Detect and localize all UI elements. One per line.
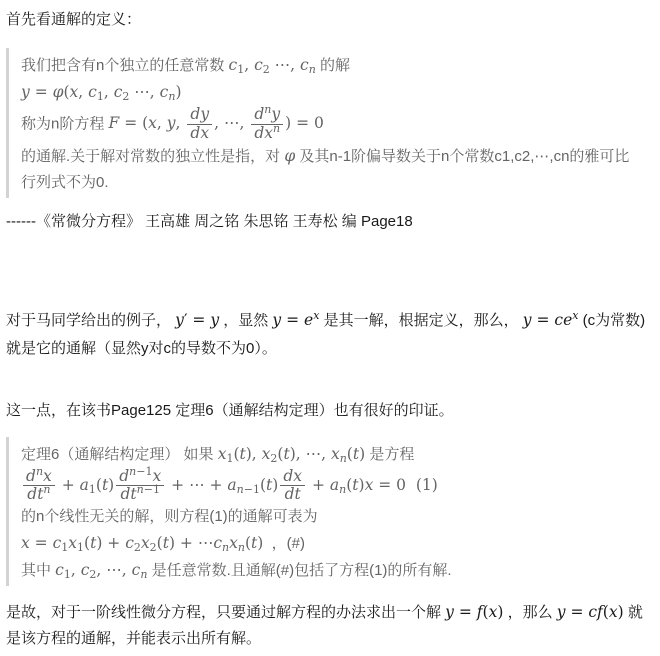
theorem-quote-line-1: 定理6（通解结构定理） 如果 x1(t), x2(t), ⋯, xn(t) 是方… — [21, 441, 632, 468]
definition-quote-formula-F: 称为n阶方程 F = (x, y, dydx, ⋯, dnydxn) = 0 — [21, 106, 632, 143]
example-paragraph: 对于马同学给出的例子， y′ = y ，显然 y = ex 是其一解，根据定义，… — [6, 306, 652, 363]
definition-blockquote: 我们把含有n个独立的任意常数 c1, c2 ⋯, cn 的解 y = φ(x, … — [6, 48, 652, 198]
definition-quote-line-4: 的通解.关于解对常数的独立性是指，对 φ 及其n-1阶偏导数关于n个常数c1,c… — [21, 143, 632, 196]
theorem-quote-line-5: 其中 c1, c2, ⋯, cn 是任意常数.且通解(#)包括了方程(1)的所有… — [21, 557, 632, 584]
theorem-blockquote: 定理6（通解结构定理） 如果 x1(t), x2(t), ⋯, xn(t) 是方… — [6, 437, 652, 587]
conclusion-paragraph: 是故，对于一阶线性微分方程，只要通过解方程的办法求出一个解 y = f(x) ，… — [6, 599, 652, 652]
theorem-quote-equation-hash: x = c1x1(t) + c2x2(t) + ⋯cnxn(t) ，(#) — [21, 530, 632, 557]
reference-paragraph: 这一点，在该书Page125 定理6（通解结构定理）也有很好的印证。 — [6, 399, 652, 423]
intro-paragraph: 首先看通解的定义： — [6, 8, 652, 32]
theorem-quote-line-3: 的n个线性无关的解，则方程(1)的通解可表为 — [21, 504, 632, 530]
definition-quote-formula-phi: y = φ(x, c1, c2 ⋯, cn) — [21, 79, 632, 106]
article-body: 首先看通解的定义： 我们把含有n个独立的任意常数 c1, c2 ⋯, cn 的解… — [0, 0, 660, 652]
book-citation: ------《常微分方程》 王高雄 周之铭 朱思铭 王寿松 编 Page18 — [6, 210, 652, 234]
definition-quote-line-1: 我们把含有n个独立的任意常数 c1, c2 ⋯, cn 的解 — [21, 52, 632, 79]
theorem-quote-equation-1: dnxdtn + a1(t)dn−1xdtn−1 + ⋯ + an−1(t)dx… — [21, 468, 632, 505]
